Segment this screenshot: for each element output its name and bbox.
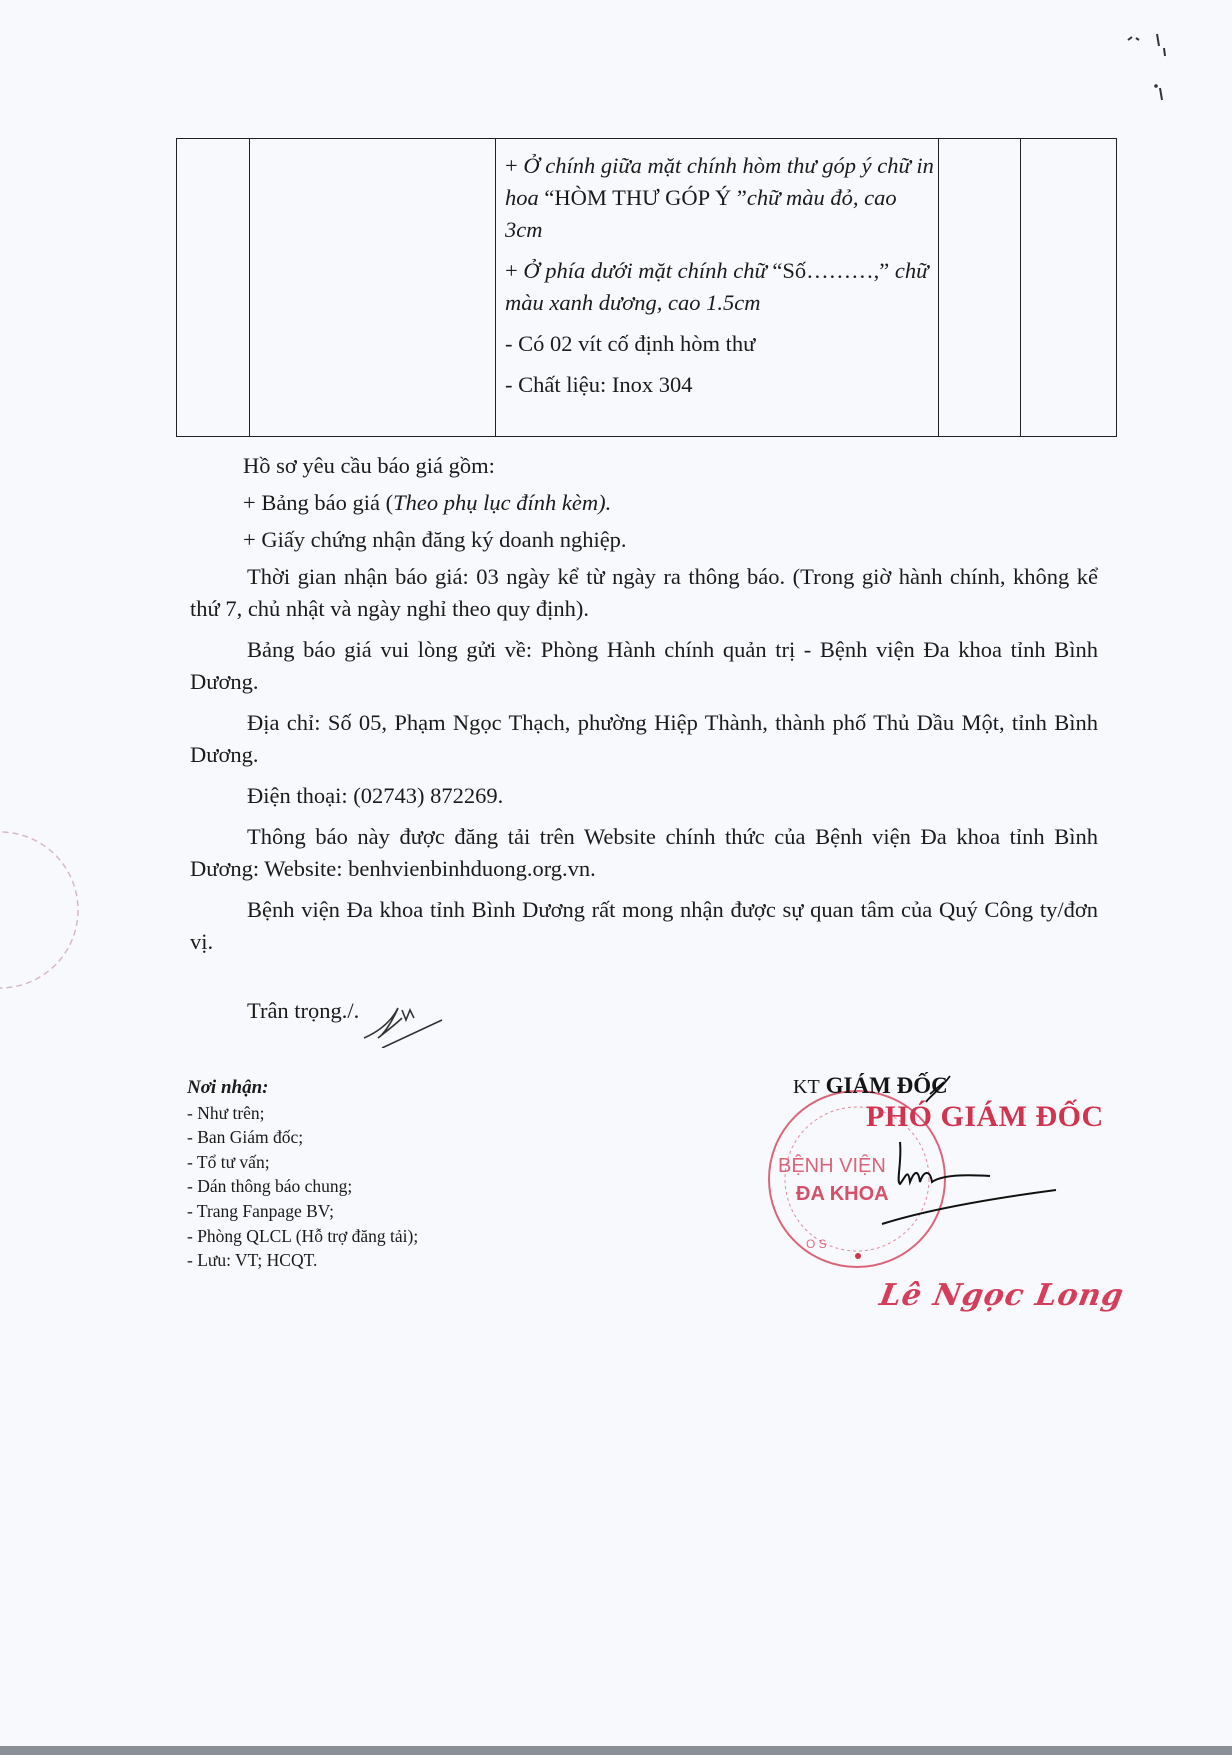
requirement-item-quote: + Bảng báo giá (Theo phụ lục đính kèm). — [190, 487, 1098, 519]
recipient-item: - Dán thông báo chung; — [187, 1174, 418, 1199]
handwritten-signature-icon — [860, 1072, 1090, 1242]
requirement-item-license: + Giấy chứng nhận đăng ký doanh nghiệp. — [190, 524, 1098, 556]
closing-text: Trân trọng./. — [247, 998, 359, 1023]
table-col-divider — [938, 139, 939, 436]
recipient-item: - Trang Fanpage BV; — [187, 1199, 418, 1224]
website-paragraph: Thông báo này được đăng tải trên Website… — [190, 821, 1098, 885]
table-col-divider — [249, 139, 250, 436]
phone-paragraph: Điện thoại: (02743) 872269. — [190, 780, 1098, 812]
svg-text:O S: O S — [806, 1237, 827, 1251]
deadline-paragraph: Thời gian nhận báo giá: 03 ngày kể từ ng… — [190, 561, 1098, 625]
thanks-paragraph: Bệnh viện Đa khoa tỉnh Bình Dương rất mo… — [190, 894, 1098, 958]
spec-item-material: - Chất liệu: Inox 304 — [505, 369, 935, 401]
table-description-cell: + Ở chính giữa mặt chính hòm thư góp ý c… — [505, 150, 935, 410]
partial-stamp-icon — [0, 830, 80, 990]
closing-line: Trân trọng./. — [247, 998, 359, 1024]
document-body: Hồ sơ yêu cầu báo giá gồm: + Bảng báo gi… — [190, 450, 1098, 967]
signer-name: Lê Ngọc Long — [877, 1278, 1127, 1313]
recipient-item: - Như trên; — [187, 1101, 418, 1126]
recipient-item: - Ban Giám đốc; — [187, 1125, 418, 1150]
recipient-item: - Tổ tư vấn; — [187, 1150, 418, 1175]
signature-prefix: KT — [793, 1076, 820, 1098]
requirements-heading: Hồ sơ yêu cầu báo giá gồm: — [190, 450, 1098, 482]
initials-signature-icon — [362, 1000, 444, 1048]
document-page: + Ở chính giữa mặt chính hòm thư góp ý c… — [0, 0, 1232, 1746]
table-col-divider — [495, 139, 496, 436]
table-col-divider — [1020, 139, 1021, 436]
address-paragraph: Địa chỉ: Số 05, Phạm Ngọc Thạch, phường … — [190, 707, 1098, 771]
recipient-item: - Lưu: VT; HCQT. — [187, 1248, 418, 1273]
spec-item-number-text: + Ở phía dưới mặt chính chữ “Số………,” chữ… — [505, 255, 935, 319]
scan-marks-icon — [1120, 28, 1180, 108]
recipients-block: Nơi nhận: - Như trên; - Ban Giám đốc; - … — [187, 1076, 418, 1273]
spec-item-front-text: + Ở chính giữa mặt chính hòm thư góp ý c… — [505, 150, 935, 246]
send-to-paragraph: Bảng báo giá vui lòng gửi về: Phòng Hành… — [190, 634, 1098, 698]
recipients-heading: Nơi nhận: — [187, 1076, 418, 1101]
scan-bottom-edge — [0, 1746, 1232, 1755]
spec-item-screws: - Có 02 vít cố định hòm thư — [505, 328, 935, 360]
recipient-item: - Phòng QLCL (Hỗ trợ đăng tải); — [187, 1224, 418, 1249]
